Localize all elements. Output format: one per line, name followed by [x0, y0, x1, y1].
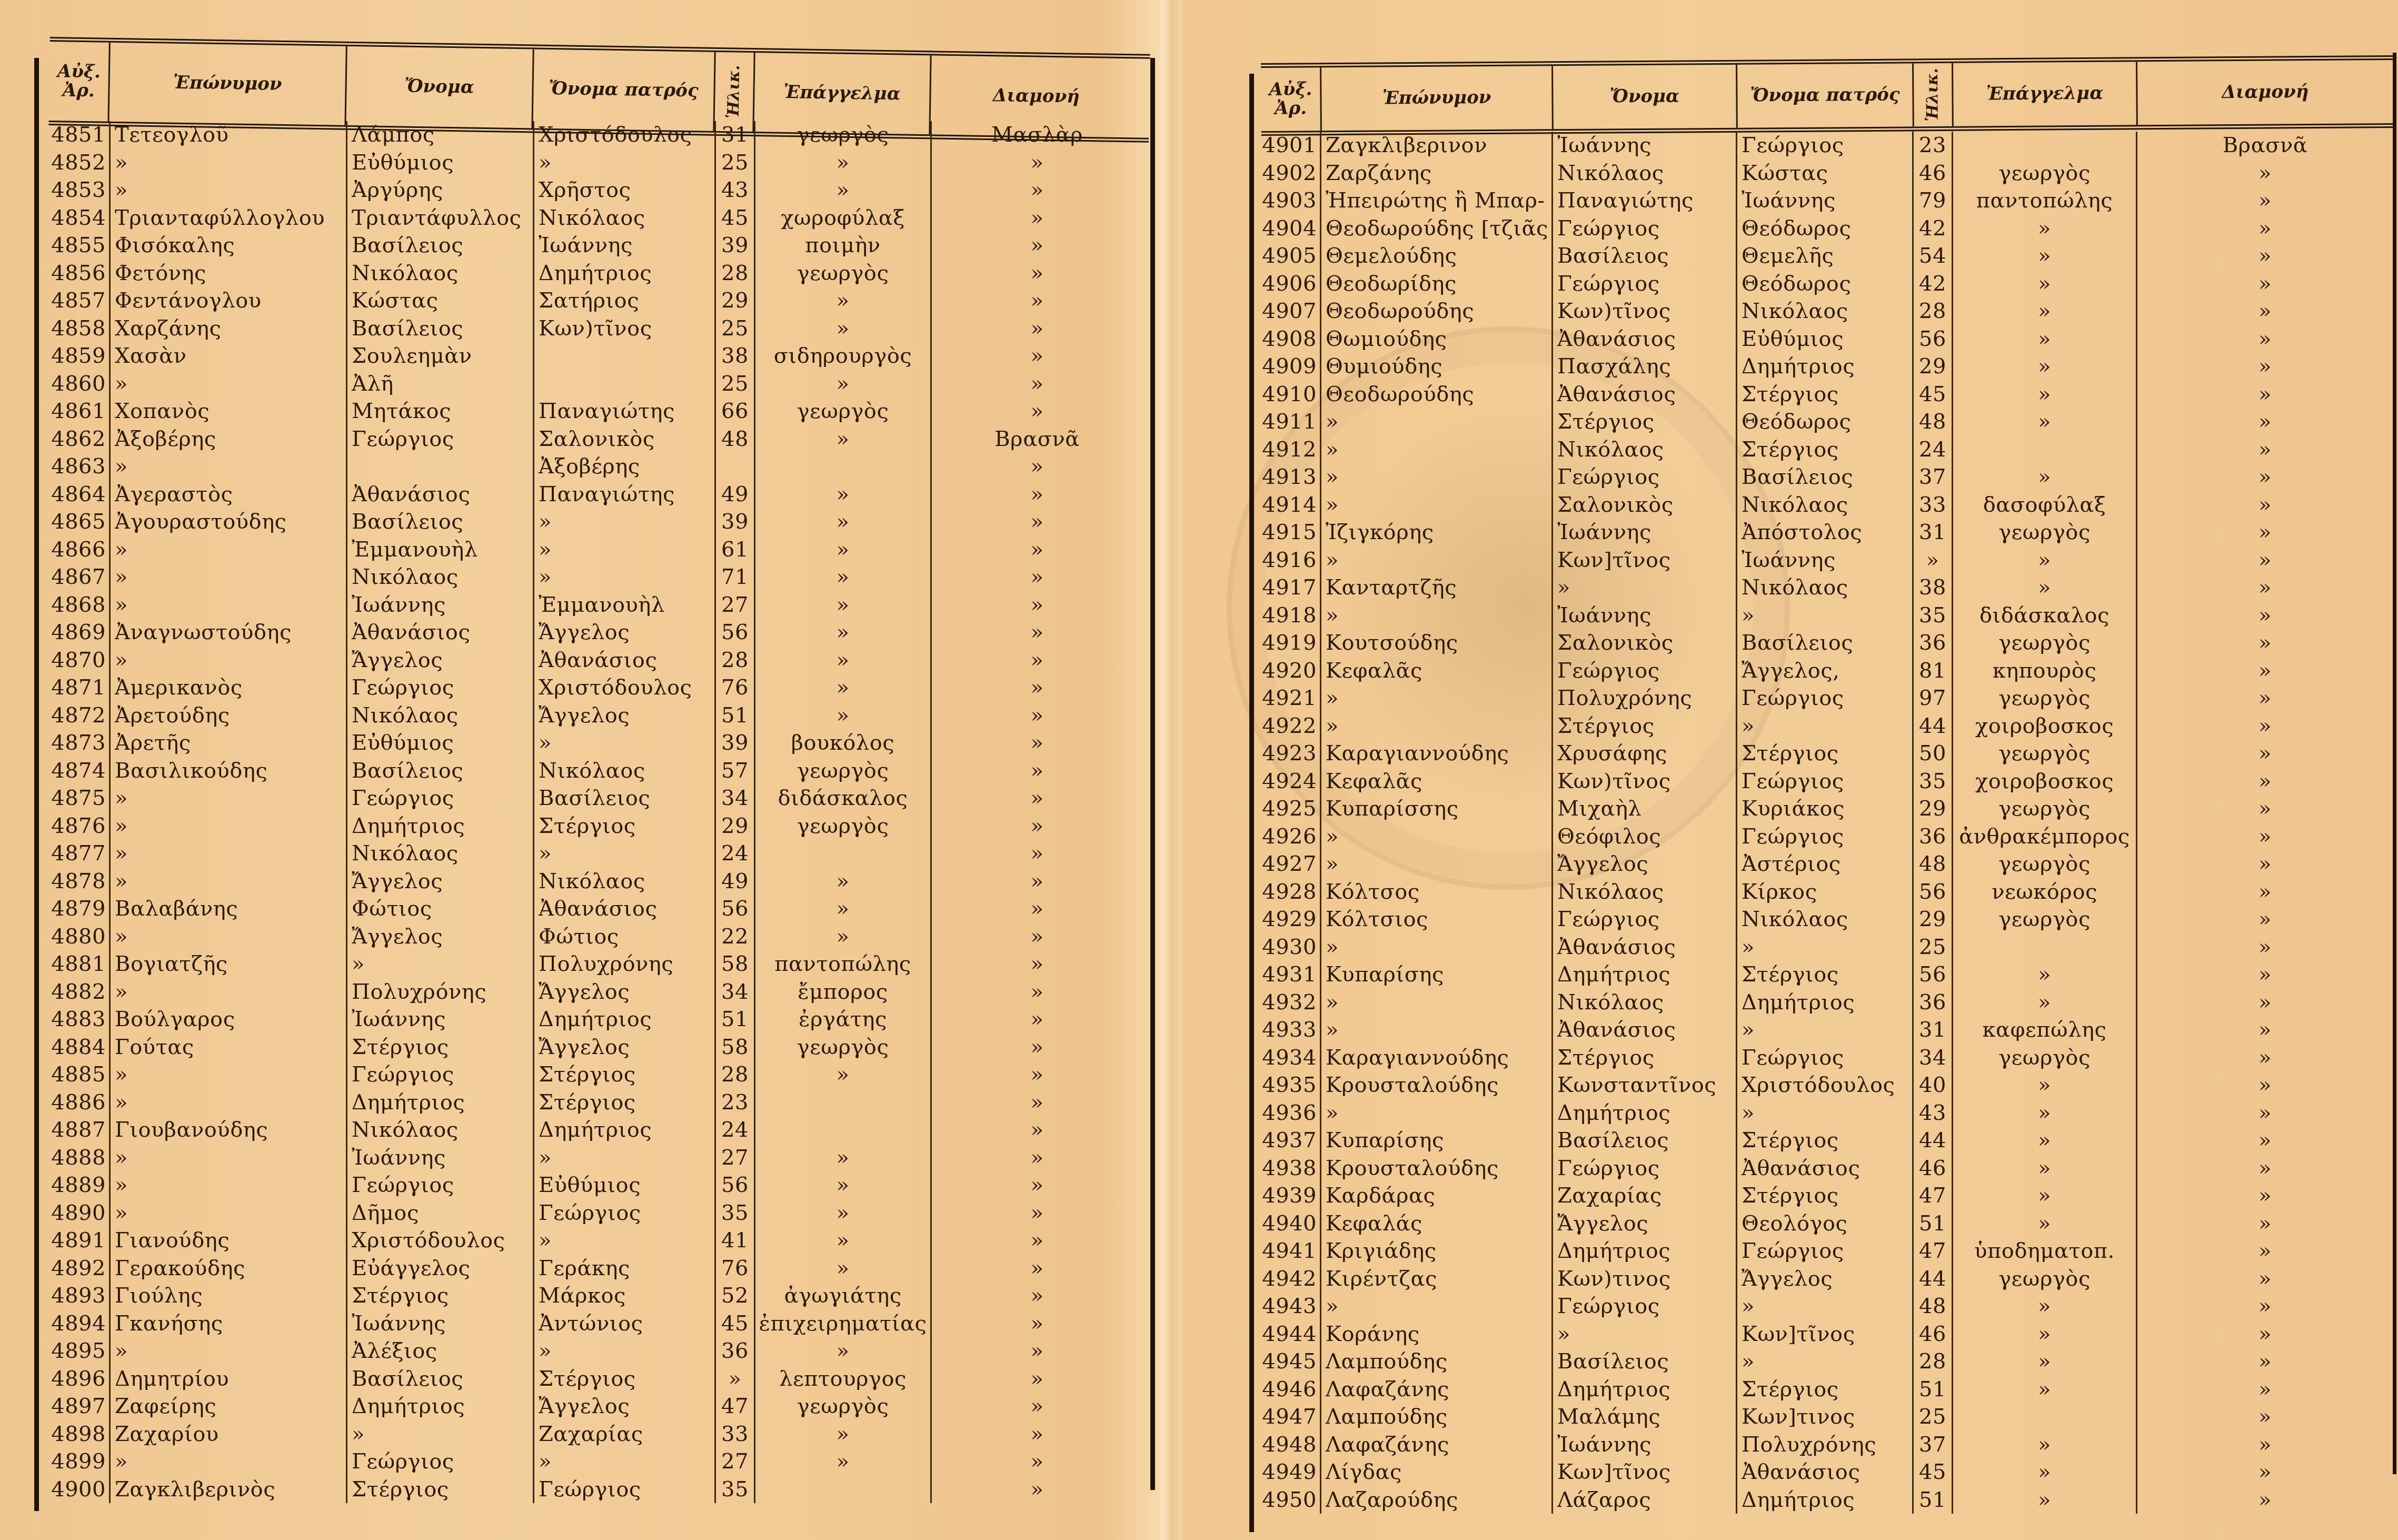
- age-cell: »: [1914, 547, 1953, 574]
- serial-number-cell: 4864: [50, 481, 111, 509]
- father-name-cell: Ἄγγελος: [534, 1393, 716, 1420]
- age-cell: 33: [716, 1420, 755, 1448]
- table-row: 4885»ΓεώργιοςΣτέργιος28»»: [50, 1061, 1150, 1089]
- serial-number-cell: 4933: [1261, 1016, 1321, 1044]
- residence-cell: »: [2137, 1320, 2393, 1348]
- serial-number-cell: 4945: [1261, 1348, 1321, 1376]
- serial-number-cell: 4888: [50, 1144, 111, 1172]
- age-cell: 51: [1914, 1376, 1953, 1404]
- serial-number-cell: 4901: [1261, 132, 1321, 160]
- serial-number-cell: 4891: [50, 1227, 111, 1255]
- occupation-cell: γεωργὸς: [1953, 160, 2137, 187]
- surname-cell: »: [1321, 491, 1553, 519]
- surname-cell: Ἀρετούδης: [111, 702, 347, 730]
- age-cell: 25: [716, 149, 755, 177]
- father-name-cell: Στέργιος: [1737, 1376, 1914, 1404]
- first-name-cell: Γεώργιος: [1553, 270, 1737, 298]
- serial-number-cell: 4927: [1261, 850, 1321, 878]
- first-name-cell: Δημήτριος: [347, 1089, 534, 1117]
- surname-cell: »: [111, 840, 347, 868]
- table-row: 4933»Ἀθανάσιος»31καφεπώλης»: [1261, 1016, 2393, 1044]
- table-row: 4945ΛαμπούδηςΒασίλειος»28»»: [1261, 1348, 2393, 1376]
- residence-cell: »: [2137, 629, 2393, 657]
- father-name-cell: Δημήτριος: [534, 260, 716, 287]
- col-header-serial: Αὐξ. Ἀρ.: [49, 42, 111, 122]
- occupation-cell: σιδηρουργὸς: [755, 342, 932, 370]
- surname-cell: »: [111, 1337, 347, 1365]
- surname-cell: »: [111, 563, 347, 591]
- col-header-father-name: Ὄνομα πατρός: [533, 49, 715, 131]
- serial-number-cell: 4939: [1261, 1182, 1321, 1210]
- surname-cell: Ζαρζάνης: [1321, 160, 1553, 187]
- serial-number-cell: 4897: [50, 1393, 111, 1420]
- table-row: 4914»ΣαλονικὸςΝικόλαος33δασοφύλαξ»: [1261, 491, 2393, 519]
- age-cell: 49: [716, 481, 755, 509]
- residence-cell: »: [932, 204, 1142, 232]
- surname-cell: Θεοδωρούδης: [1321, 297, 1553, 325]
- occupation-cell: γεωργὸς: [755, 1393, 932, 1420]
- table-row: 4892ΓερακούδηςΕὐάγγελοςΓεράκης76»»: [50, 1255, 1150, 1283]
- residence-cell: »: [2137, 1293, 2393, 1320]
- residence-cell: »: [932, 812, 1142, 840]
- residence-cell: »: [932, 1061, 1142, 1089]
- surname-cell: »: [111, 176, 347, 204]
- serial-number-cell: 4868: [50, 591, 111, 619]
- table-row: 4911»ΣτέργιοςΘεόδωρος48»»: [1261, 408, 2393, 436]
- residence-cell: »: [2137, 187, 2393, 215]
- father-name-cell: »: [534, 1448, 716, 1476]
- serial-number-cell: 4852: [50, 149, 111, 177]
- first-name-cell: Νικόλαος: [347, 563, 534, 591]
- residence-cell: »: [932, 398, 1142, 425]
- first-name-cell: Γεώργιος: [1553, 906, 1737, 933]
- serial-number-cell: 4907: [1261, 297, 1321, 325]
- surname-cell: Θεοδωρούδης: [1321, 381, 1553, 409]
- table-row: 4902ΖαρζάνηςΝικόλαοςΚώστας46γεωργὸς»: [1261, 160, 2393, 187]
- serial-number-cell: 4916: [1261, 547, 1321, 574]
- occupation-cell: »: [1953, 1293, 2137, 1320]
- serial-number-cell: 4906: [1261, 270, 1321, 298]
- table-row: 4862ἈξοβέρηςΓεώργιοςΣαλονικὸς48»Βρασνᾶ: [50, 425, 1150, 453]
- occupation-cell: ἐπιχειρηματίας: [755, 1310, 932, 1338]
- surname-cell: Ἀξοβέρης: [111, 425, 347, 453]
- residence-cell: »: [2137, 381, 2393, 409]
- age-cell: 48: [716, 425, 755, 453]
- residence-cell: »: [932, 895, 1142, 923]
- serial-number-cell: 4878: [50, 868, 111, 896]
- table-row: 4924ΚεφαλᾶςΚων)τῖνοςΓεώργιος35χοιροβοσκο…: [1261, 768, 2393, 796]
- serial-number-cell: 4851: [50, 121, 111, 149]
- occupation-cell: »: [1953, 1182, 2137, 1210]
- age-cell: 56: [716, 895, 755, 923]
- first-name-cell: Νικόλαος: [1553, 160, 1737, 187]
- serial-number-cell: 4854: [50, 204, 111, 232]
- serial-number-cell: 4913: [1261, 463, 1321, 491]
- table-row: 4871ἈμερικανὸςΓεώργιοςΧριστόδουλος76»»: [50, 674, 1150, 702]
- father-name-cell: Ἀθανάσιος: [1737, 1458, 1914, 1486]
- occupation-cell: γεωργὸς: [1953, 519, 2137, 547]
- occupation-cell: ὑποδηματοπ.: [1953, 1237, 2137, 1265]
- residence-cell: »: [932, 370, 1142, 398]
- table-row: 4898Ζαχαρίου»Ζαχαρίας33»»: [50, 1420, 1150, 1448]
- table-row: 4921»ΠολυχρόνηςΓεώργιος97γεωργὸς»: [1261, 684, 2393, 712]
- serial-number-cell: 4910: [1261, 381, 1321, 409]
- first-name-cell: Γεώργιος: [1553, 463, 1737, 491]
- occupation-cell: »: [1953, 215, 2137, 243]
- residence-cell: »: [2137, 1071, 2393, 1099]
- surname-cell: »: [111, 536, 347, 564]
- occupation-cell: »: [755, 619, 932, 647]
- father-name-cell: Στέργιος: [1737, 961, 1914, 989]
- father-name-cell: Δημήτριος: [1737, 353, 1914, 381]
- residence-cell: »: [2137, 160, 2393, 187]
- serial-number-cell: 4859: [50, 342, 111, 370]
- father-name-cell: Ἀντώνιος: [534, 1310, 716, 1338]
- table-row: 4897ΖαφείρηςΔημήτριοςἌγγελος47γεωργὸς»: [50, 1393, 1150, 1420]
- surname-cell: Ἰζιγκόρης: [1321, 519, 1553, 547]
- occupation-cell: »: [755, 1199, 932, 1227]
- occupation-cell: [1953, 132, 2137, 160]
- surname-cell: Θεοδωρίδης: [1321, 270, 1553, 298]
- residence-cell: »: [932, 1034, 1142, 1061]
- surname-cell: Κρουσταλούδης: [1321, 1071, 1553, 1099]
- first-name-cell: Κων)τῖνος: [1553, 297, 1737, 325]
- table-row: 4907ΘεοδωρούδηςΚων)τῖνοςΝικόλαος28»»: [1261, 297, 2393, 325]
- residence-cell: »: [2137, 961, 2393, 989]
- age-cell: 56: [1914, 325, 1953, 353]
- table-row: 4877»Νικόλαος»24»: [50, 840, 1150, 868]
- left-table-body: 4851ΤετεογλοῦΛάμποςΧριστόδουλος31γεωργὸς…: [50, 121, 1150, 1503]
- residence-cell: »: [932, 315, 1142, 343]
- age-cell: 28: [1914, 297, 1953, 325]
- residence-cell: »: [2137, 906, 2393, 933]
- occupation-cell: »: [1953, 961, 2137, 989]
- father-name-cell: »: [1737, 1016, 1914, 1044]
- surname-cell: Καραγιαννούδης: [1321, 1044, 1553, 1072]
- age-cell: 22: [716, 923, 755, 951]
- residence-cell: »: [2137, 1016, 2393, 1044]
- surname-cell: »: [111, 591, 347, 619]
- father-name-cell: Σατήριος: [534, 287, 716, 315]
- occupation-cell: γεωργὸς: [1953, 684, 2137, 712]
- table-row: 4937ΚυπαρίσηςΒασίλειοςΣτέργιος44»»: [1261, 1127, 2393, 1155]
- occupation-cell: γεωργὸς: [755, 260, 932, 287]
- serial-number-cell: 4947: [1261, 1403, 1321, 1431]
- age-cell: 28: [716, 647, 755, 674]
- age-cell: 23: [716, 1089, 755, 1117]
- first-name-cell: Λάμπος: [347, 121, 534, 149]
- col-header-residence: Διαμονή: [2137, 60, 2393, 125]
- table-row: 4873ἈρετῆςΕὐθύμιος»39βουκόλος»: [50, 729, 1150, 757]
- table-row: 4943»Γεώργιος»48»»: [1261, 1293, 2393, 1320]
- table-row: 4900ΖαγκλιβερινὸςΣτέργιοςΓεώργιος35»: [50, 1476, 1150, 1504]
- first-name-cell: Κων]τῖνος: [1553, 547, 1737, 574]
- first-name-cell: Ἰωάννης: [347, 1006, 534, 1034]
- father-name-cell: Ἐμμανουὴλ: [534, 591, 716, 619]
- father-name-cell: Δημήτριος: [1737, 1486, 1914, 1514]
- father-name-cell: Φώτιος: [534, 923, 716, 951]
- father-name-cell: Γεώργιος: [1737, 1044, 1914, 1072]
- serial-number-cell: 4874: [50, 757, 111, 785]
- father-name-cell: Χριστόδουλος: [534, 121, 716, 149]
- first-name-cell: Γεώργιος: [347, 425, 534, 453]
- age-cell: 31: [716, 121, 755, 149]
- first-name-cell: Ἄγγελος: [347, 868, 534, 896]
- occupation-cell: [755, 1089, 932, 1117]
- residence-cell: »: [932, 868, 1142, 896]
- age-cell: 39: [716, 232, 755, 260]
- father-name-cell: Θεόδωρος: [1737, 408, 1914, 436]
- residence-cell: »: [2137, 297, 2393, 325]
- father-name-cell: Στέργιος: [534, 1089, 716, 1117]
- occupation-cell: γεωργὸς: [755, 121, 932, 149]
- father-name-cell: Δημήτριος: [1737, 989, 1914, 1017]
- table-row: 4859ΧασὰνΣουλεημὰν38σιδηρουργὸς»: [50, 342, 1150, 370]
- surname-cell: Θεοδωρούδης [τζιᾶς: [1321, 215, 1553, 243]
- occupation-cell: »: [1953, 1458, 2137, 1486]
- surname-cell: Τετεογλοῦ: [111, 121, 347, 149]
- father-name-cell: Ἄγγελος: [534, 702, 716, 730]
- father-name-cell: Χρῆστος: [534, 176, 716, 204]
- father-name-cell: »: [1737, 602, 1914, 630]
- age-cell: 42: [1914, 270, 1953, 298]
- occupation-cell: »: [1953, 547, 2137, 574]
- age-cell: 81: [1914, 657, 1953, 685]
- surname-cell: Κιρέντζας: [1321, 1265, 1553, 1293]
- residence-cell: »: [932, 950, 1142, 978]
- first-name-cell: Νικόλαος: [347, 1116, 534, 1144]
- occupation-cell: »: [1953, 1155, 2137, 1183]
- occupation-cell: »: [755, 923, 932, 951]
- first-name-cell: Ἄγγελος: [1553, 1210, 1737, 1238]
- table-row: 4867»Νικόλαος»71»»: [50, 563, 1150, 591]
- serial-number-cell: 4917: [1261, 574, 1321, 602]
- age-cell: 48: [1914, 1293, 1953, 1320]
- first-name-cell: Βασίλειος: [347, 757, 534, 785]
- occupation-cell: »: [755, 674, 932, 702]
- occupation-cell: »: [755, 895, 932, 923]
- col-header-age: Ἡλικ.: [1914, 63, 1954, 127]
- age-cell: 27: [716, 591, 755, 619]
- surname-cell: Γιανούδης: [111, 1227, 347, 1255]
- residence-cell: »: [932, 481, 1142, 509]
- age-cell: 35: [1914, 768, 1953, 796]
- age-cell: 37: [1914, 1431, 1953, 1459]
- serial-number-cell: 4884: [50, 1034, 111, 1061]
- age-cell: 54: [1914, 242, 1953, 270]
- residence-cell: »: [932, 232, 1142, 260]
- father-name-cell: Χριστόδουλος: [1737, 1071, 1914, 1099]
- first-name-cell: Βασίλειος: [347, 508, 534, 536]
- surname-cell: »: [111, 370, 347, 398]
- age-cell: 45: [716, 204, 755, 232]
- occupation-cell: διδάσκαλος: [755, 784, 932, 812]
- residence-cell: »: [2137, 325, 2393, 353]
- first-name-cell: Παναγιώτης: [1553, 187, 1737, 215]
- age-cell: 46: [1914, 1320, 1953, 1348]
- surname-cell: Ζαγκλιβερινὸς: [111, 1476, 347, 1504]
- age-cell: 25: [716, 370, 755, 398]
- surname-cell: Βογιατζῆς: [111, 950, 347, 978]
- occupation-cell: »: [1953, 1376, 2137, 1404]
- residence-cell: »: [932, 1476, 1142, 1504]
- occupation-cell: »: [1953, 989, 2137, 1017]
- table-row: 4912»ΝικόλαοςΣτέργιος24»: [1261, 436, 2393, 464]
- serial-number-cell: 4903: [1261, 187, 1321, 215]
- serial-number-cell: 4853: [50, 176, 111, 204]
- age-cell: 24: [716, 840, 755, 868]
- serial-number-cell: 4943: [1261, 1293, 1321, 1320]
- surname-cell: »: [111, 923, 347, 951]
- surname-cell: Κεφαλᾶς: [1321, 657, 1553, 685]
- table-row: 4879ΒαλαβάνηςΦώτιοςἈθανάσιος56»»: [50, 895, 1150, 923]
- age-cell: 51: [1914, 1486, 1953, 1514]
- surname-cell: Ἀναγνωστούδης: [111, 619, 347, 647]
- first-name-cell: Γεώργιος: [1553, 1293, 1737, 1320]
- table-row: 4942ΚιρέντζαςΚων)τινοςἌγγελος44γεωργὸς»: [1261, 1265, 2393, 1293]
- surname-cell: »: [1321, 547, 1553, 574]
- residence-cell: »: [2137, 1348, 2393, 1376]
- occupation-cell: γεωργὸς: [1953, 1044, 2137, 1072]
- residence-cell: »: [932, 149, 1142, 177]
- residence-cell: »: [932, 729, 1142, 757]
- surname-cell: Κανταρτζῆς: [1321, 574, 1553, 602]
- occupation-cell: »: [1953, 1071, 2137, 1099]
- age-cell: 51: [1914, 1210, 1953, 1238]
- father-name-cell: Κων]τινος: [1737, 1403, 1914, 1431]
- age-cell: 28: [716, 1061, 755, 1089]
- occupation-cell: »: [755, 425, 932, 453]
- residence-cell: »: [2137, 215, 2393, 243]
- age-cell: 44: [1914, 1127, 1953, 1155]
- surname-cell: Ἀγεραστὸς: [111, 481, 347, 509]
- age-cell: 58: [716, 1034, 755, 1061]
- age-cell: 34: [1914, 1044, 1953, 1072]
- table-row: 4936»Δημήτριος»43»»: [1261, 1099, 2393, 1127]
- residence-cell: »: [2137, 574, 2393, 602]
- serial-number-cell: 4946: [1261, 1376, 1321, 1404]
- age-cell: 71: [716, 563, 755, 591]
- residence-cell: »: [2137, 408, 2393, 436]
- table-row: 4947ΛαμπούδηςΜαλάμηςΚων]τινος25»: [1261, 1403, 2393, 1431]
- father-name-cell: Στέργιος: [1737, 436, 1914, 464]
- occupation-cell: »: [1953, 297, 2137, 325]
- first-name-cell: Γεώργιος: [347, 1171, 534, 1199]
- residence-cell: »: [932, 978, 1142, 1006]
- residence-cell: »: [932, 1171, 1142, 1199]
- occupation-cell: [755, 1476, 932, 1504]
- table-row: 4916»Κων]τῖνοςἸωάννης»»»: [1261, 547, 2393, 574]
- first-name-cell: Ἀθανάσιος: [1553, 381, 1737, 409]
- surname-cell: Βούλγαρος: [111, 1006, 347, 1034]
- surname-cell: Κοράνης: [1321, 1320, 1553, 1348]
- residence-cell: »: [932, 784, 1142, 812]
- table-row: 4851ΤετεογλοῦΛάμποςΧριστόδουλος31γεωργὸς…: [50, 121, 1150, 149]
- first-name-cell: Δῆμος: [347, 1199, 534, 1227]
- father-name-cell: Θεμελῆς: [1737, 242, 1914, 270]
- table-row: 4874ΒασιλικούδηςΒασίλειοςΝικόλαος57γεωργ…: [50, 757, 1150, 785]
- first-name-cell: Δημήτριος: [1553, 1099, 1737, 1127]
- table-row: 4915ἸζιγκόρηςἸωάννηςἈπόστολος31γεωργὸς»: [1261, 519, 2393, 547]
- serial-number-cell: 4940: [1261, 1210, 1321, 1238]
- surname-cell: Λαμπούδης: [1321, 1348, 1553, 1376]
- surname-cell: »: [1321, 1293, 1553, 1320]
- occupation-cell: »: [1953, 1210, 2137, 1238]
- occupation-cell: γεωργὸς: [1953, 740, 2137, 768]
- serial-number-cell: 4863: [50, 453, 111, 481]
- residence-cell: »: [2137, 933, 2393, 961]
- occupation-cell: [1953, 1403, 2137, 1431]
- occupation-cell: »: [755, 1255, 932, 1283]
- table-row: 4875»ΓεώργιοςΒασίλειος34διδάσκαλος»: [50, 784, 1150, 812]
- surname-cell: »: [1321, 463, 1553, 491]
- left-page-border: [34, 58, 39, 1511]
- father-name-cell: [534, 370, 716, 398]
- father-name-cell: »: [534, 508, 716, 536]
- residence-cell: »: [2137, 684, 2393, 712]
- father-name-cell: Γεώργιος: [1737, 768, 1914, 796]
- serial-number-cell: 4914: [1261, 491, 1321, 519]
- age-cell: 34: [716, 978, 755, 1006]
- serial-number-cell: 4900: [50, 1476, 111, 1504]
- table-row: 4890»ΔῆμοςΓεώργιος35»»: [50, 1199, 1150, 1227]
- surname-cell: Ἠπειρώτης ἢ Μπαρ-: [1321, 187, 1553, 215]
- occupation-cell: »: [755, 1420, 932, 1448]
- table-row: 4944Κοράνης»Κων]τῖνος46»»: [1261, 1320, 2393, 1348]
- serial-number-cell: 4909: [1261, 353, 1321, 381]
- residence-cell: »: [2137, 989, 2393, 1017]
- table-row: 4863»Ἀξοβέρης»: [50, 453, 1150, 481]
- father-name-cell: Γεώργιος: [1737, 823, 1914, 851]
- father-name-cell: Στέργιος: [534, 1365, 716, 1393]
- father-name-cell: Ἀξοβέρης: [534, 453, 716, 481]
- occupation-cell: [755, 1116, 932, 1144]
- first-name-cell: Τριαντάφυλλος: [347, 204, 534, 232]
- occupation-cell: παντοπώλης: [755, 950, 932, 978]
- residence-cell: »: [932, 453, 1142, 481]
- residence-cell: »: [2137, 602, 2393, 630]
- surname-cell: »: [1321, 933, 1553, 961]
- serial-number-cell: 4862: [50, 425, 111, 453]
- father-name-cell: Νικόλαος: [534, 757, 716, 785]
- table-row: 4934ΚαραγιαννούδηςΣτέργιοςΓεώργιος34γεωρ…: [1261, 1044, 2393, 1072]
- first-name-cell: Πολυχρόνης: [347, 978, 534, 1006]
- age-cell: 97: [1914, 684, 1953, 712]
- occupation-cell: γεωργὸς: [755, 812, 932, 840]
- surname-cell: »: [1321, 850, 1553, 878]
- first-name-cell: »: [347, 950, 534, 978]
- table-row: 4923ΚαραγιαννούδηςΧρυσάφηςΣτέργιος50γεωρ…: [1261, 740, 2393, 768]
- first-name-cell: Εὐθύμιος: [347, 729, 534, 757]
- age-cell: 27: [716, 1144, 755, 1172]
- residence-cell: »: [2137, 1431, 2393, 1459]
- father-name-cell: Ἀθανάσιος: [1737, 1155, 1914, 1183]
- surname-cell: Γιούλης: [111, 1282, 347, 1310]
- father-name-cell: Κυριάκος: [1737, 795, 1914, 823]
- first-name-cell: Δημήτριος: [1553, 1237, 1737, 1265]
- father-name-cell: Νικόλαος: [534, 204, 716, 232]
- father-name-cell: Στέργιος: [1737, 1182, 1914, 1210]
- age-cell: 61: [716, 536, 755, 564]
- occupation-cell: [1953, 933, 2137, 961]
- age-cell: 24: [716, 1116, 755, 1144]
- surname-cell: Λαζαρούδης: [1321, 1486, 1553, 1514]
- father-name-cell: Θεολόγος: [1737, 1210, 1914, 1238]
- surname-cell: Ἀρετῆς: [111, 729, 347, 757]
- table-row: 4920ΚεφαλᾶςΓεώργιοςἌγγελος,81κηπουρὸς»: [1261, 657, 2393, 685]
- table-row: 4905ΘεμελούδηςΒασίλειοςΘεμελῆς54»»: [1261, 242, 2393, 270]
- surname-cell: Λαφαζάνης: [1321, 1431, 1553, 1459]
